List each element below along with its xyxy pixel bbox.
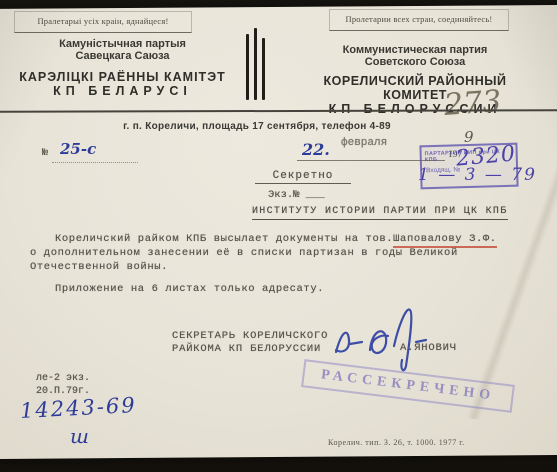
committee-name-line: КАРЭЛІЦКІ РАЁННЫ КАМІТЭТ [5,70,240,84]
body-paragraph-1: Кореличский райком КПБ высылает документ… [30,232,555,274]
signer-title-line1: СЕКРЕТАРЬ КОРЕЛИЧСКОГО [172,330,328,343]
pencil-number: 273 [443,84,503,123]
ref-number-handwritten: 25-с [60,140,96,158]
print-shop-imprint: Корелич. тип. З. 26, т. 1000. 1977 г. [328,438,465,447]
signer-name: А.ЯНОВИЧ [400,342,457,354]
body-line3: Отечественной войны. [30,260,555,274]
address-line: г. п. Кореличи, площадь 17 сентября, тел… [57,121,457,132]
secrecy-marking: Секретно [255,170,351,184]
handwritten-initials: ш [70,424,89,448]
slogan-left: Пралетарыі усіх краін, яднайцеся! [14,11,192,33]
scanned-letter: Пралетарыі усіх краін, яднайцеся! Пролет… [0,0,557,472]
committee-name-line: КП БЕЛАРУСІ [5,84,240,99]
ref-number-label: № [42,148,48,159]
signer-title: СЕКРЕТАРЬ КОРЕЛИЧСКОГО РАЙКОМА КП БЕЛОРУ… [172,330,328,356]
party-name-line: Камуністычная партыя [5,38,240,50]
masthead-left: Камуністычная партыя Савецкага Саюза КАР… [5,38,240,99]
party-name-line: Коммунистическая партия [295,44,535,56]
copies-note: ле-2 экз. [36,372,90,385]
signer-title-line2: РАЙКОМА КП БЕЛОРУССИИ [172,343,328,356]
archival-number-handwritten: 14243-69 [19,393,137,423]
ref-number-line [52,162,138,163]
attachment-note: Приложение на 6 листах только адресату. [55,283,324,295]
masthead-divider [246,28,266,104]
party-name-line: Советского Союза [295,56,535,68]
date-day-handwritten: 22. [302,140,330,159]
clerical-notes: ле-2 экз. 20.П.79г. [36,372,90,398]
copy-number-label: Экз.№ ___ [268,189,325,201]
intake-stamp-date-handwritten: 1 — 3 — 79 [418,165,537,185]
slogan-right: Пролетарии всех стран, соединяйтесь! [329,9,509,31]
recipient-heading: ИНСТИТУТУ ИСТОРИИ ПАРТИИ ПРИ ЦК КПБ [252,206,508,220]
date-month: февраля [341,137,387,149]
body-line2: о дополнительном занесении её в списки п… [30,246,555,260]
party-name-line: Савецкага Саюза [5,50,240,62]
body-line1-lead: Кореличский райком КПБ высылает документ… [55,233,393,245]
